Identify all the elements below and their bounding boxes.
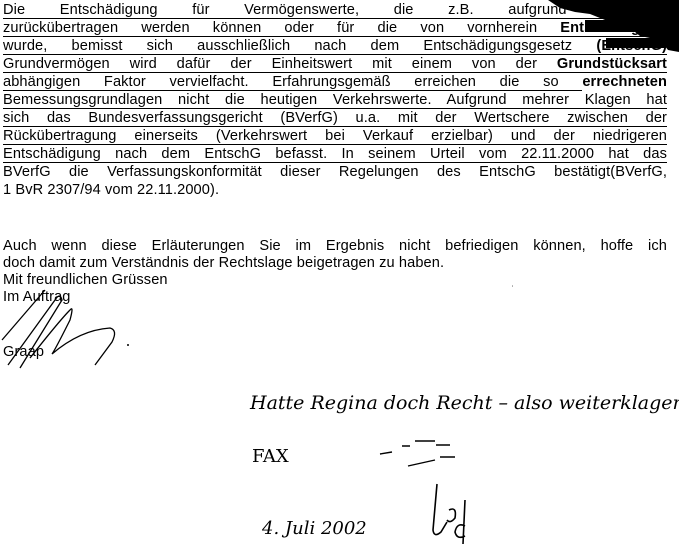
paragraph2-line-1: Auch wenn diese Erläuterungen Sie im Erg…	[3, 238, 667, 254]
handwritten-scribble-marks	[380, 432, 490, 472]
redaction-mark	[0, 0, 679, 80]
paragraph1-line-6: Bemessungsgrundlagen nicht die heutigen …	[3, 92, 667, 108]
handwritten-note-fax: FAX	[252, 446, 289, 467]
paragraph1-line-11: 1 BvR 2307/94 vom 22.11.2000).	[3, 182, 667, 198]
paragraph1-line-9: Entschädigung nach dem EntschG befasst. …	[3, 146, 667, 162]
paragraph1-line-7: sich das Bundesverfassungsgericht (BVerf…	[3, 110, 667, 126]
handwritten-initials	[425, 480, 485, 550]
line-text: Rückübertragung einerseits (Verkehrswert…	[3, 128, 667, 145]
line-text: doch damit zum Verständnis der Rechtslag…	[3, 255, 444, 271]
line-text: 1 BvR 2307/94 vom 22.11.2000).	[3, 182, 219, 198]
paragraph1-line-10: BVerfG die Verfassungskonformität dieser…	[3, 164, 667, 180]
handwritten-date: 4. Juli 2002	[262, 518, 367, 539]
line-text: Auch wenn diese Erläuterungen Sie im Erg…	[3, 238, 667, 254]
paragraph1-line-8: Rückübertragung einerseits (Verkehrswert…	[3, 128, 667, 144]
handwritten-note-line1: Hatte Regina doch Recht – also weiterkla…	[250, 392, 679, 414]
line-text: Bemessungsgrundlagen nicht die heutigen …	[3, 92, 667, 109]
paragraph2-line-2: doch damit zum Verständnis der Rechtslag…	[3, 255, 667, 271]
scan-speck: ʼ	[512, 286, 513, 292]
line-text: sich das Bundesverfassungsgericht (BVerf…	[3, 110, 667, 127]
line-text: BVerfG die Verfassungskonformität dieser…	[3, 164, 667, 180]
line-text: Entschädigung nach dem EntschG befasst. …	[3, 146, 667, 163]
signature-scribble	[0, 280, 140, 370]
scanned-letter-page: Die Entschädigung für Vermögenswerte, di…	[0, 0, 679, 557]
